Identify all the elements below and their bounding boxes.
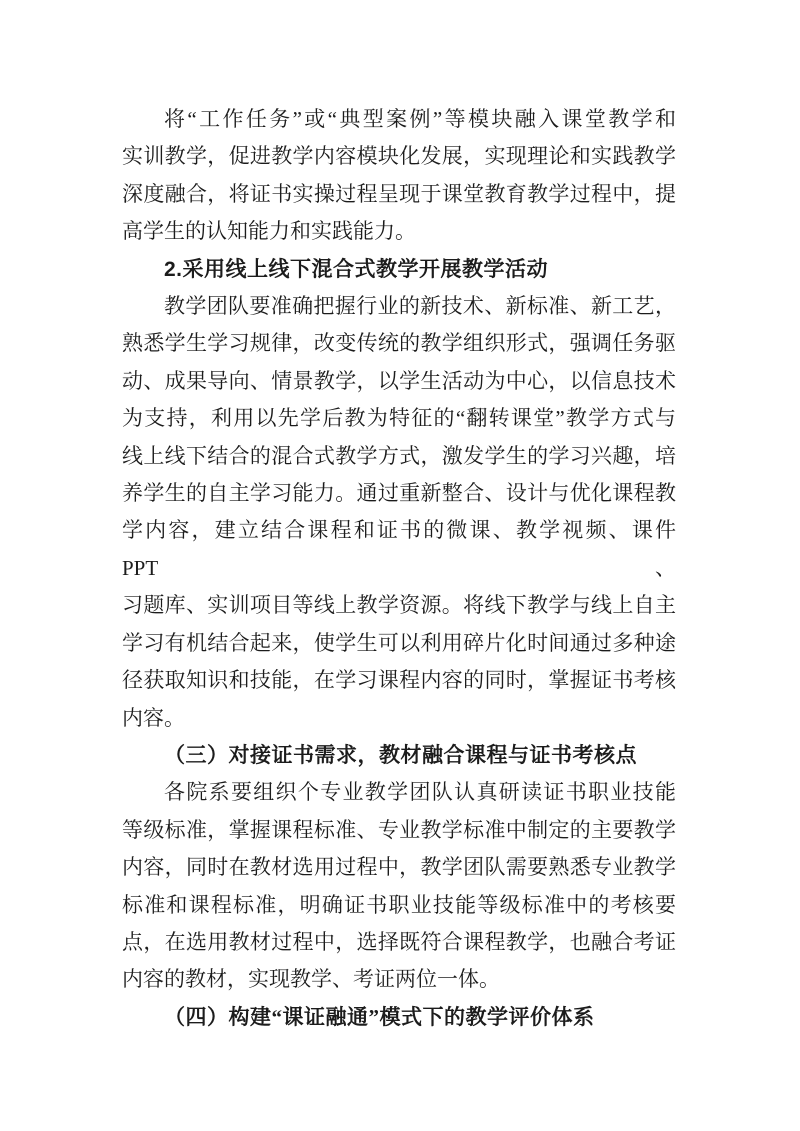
paragraph-line: 将“工作任务”或“典型案例”等模块融入课堂教学和 bbox=[122, 101, 676, 138]
document-body: 将“工作任务”或“典型案例”等模块融入课堂教学和 实训教学，促进教学内容模块化发… bbox=[122, 101, 676, 1036]
paragraph-line: 为支持，利用以先学后教为特征的“翻转课堂”教学方式与 bbox=[122, 400, 676, 437]
paragraph-line: 高学生的认知能力和实践能力。 bbox=[122, 213, 676, 250]
paragraph-line: 养学生的自主学习能力。通过重新整合、设计与优化课程教 bbox=[122, 475, 676, 512]
paragraph-line: 径获取知识和技能，在学习课程内容的同时，掌握证书考核 bbox=[122, 662, 676, 699]
paragraph-line: 线上线下结合的混合式教学方式，激发学生的学习兴趣，培 bbox=[122, 438, 676, 475]
paragraph-line: 内容，同时在教材选用过程中，教学团队需要熟悉专业教学 bbox=[122, 849, 676, 886]
paragraph-line: 教学团队要准确把握行业的新技术、新标准、新工艺， bbox=[122, 288, 676, 325]
paragraph-line: 学内容，建立结合课程和证书的微课、教学视频、课件 PPT、 bbox=[122, 512, 676, 587]
paragraph-line: 学习有机结合起来，使学生可以利用碎片化时间通过多种途 bbox=[122, 625, 676, 662]
paragraph-line: 实训教学，促进教学内容模块化发展，实现理论和实践教学 bbox=[122, 138, 676, 175]
paragraph-line: 内容的教材，实现教学、考证两位一体。 bbox=[122, 961, 676, 998]
paragraph-line: 各院系要组织个专业教学团队认真研读证书职业技能 bbox=[122, 774, 676, 811]
paragraph-line: 标准和课程标准，明确证书职业技能等级标准中的考核要 bbox=[122, 887, 676, 924]
paragraph-line: 点，在选用教材过程中，选择既符合课程教学，也融合考证 bbox=[122, 924, 676, 961]
document-page: 将“工作任务”或“典型案例”等模块融入课堂教学和 实训教学，促进教学内容模块化发… bbox=[0, 0, 800, 1131]
paragraph-line: 深度融合，将证书实操过程呈现于课堂教育教学过程中，提 bbox=[122, 176, 676, 213]
heading-textbook-integration: （三）对接证书需求，教材融合课程与证书考核点 bbox=[122, 737, 676, 774]
paragraph-line: 内容。 bbox=[122, 700, 676, 737]
paragraph-line: 等级标准，掌握课程标准、专业教学标准中制定的主要教学 bbox=[122, 812, 676, 849]
paragraph-line: 动、成果导向、情景教学，以学生活动为中心，以信息技术 bbox=[122, 363, 676, 400]
heading-evaluation-system: （四）构建“课证融通”模式下的教学评价体系 bbox=[122, 999, 676, 1036]
paragraph-line: 习题库、实训项目等线上教学资源。将线下教学与线上自主 bbox=[122, 587, 676, 624]
paragraph-line: 熟悉学生学习规律，改变传统的教学组织形式，强调任务驱 bbox=[122, 325, 676, 362]
heading-blended-teaching: 2.采用线上线下混合式教学开展教学活动 bbox=[122, 251, 676, 288]
